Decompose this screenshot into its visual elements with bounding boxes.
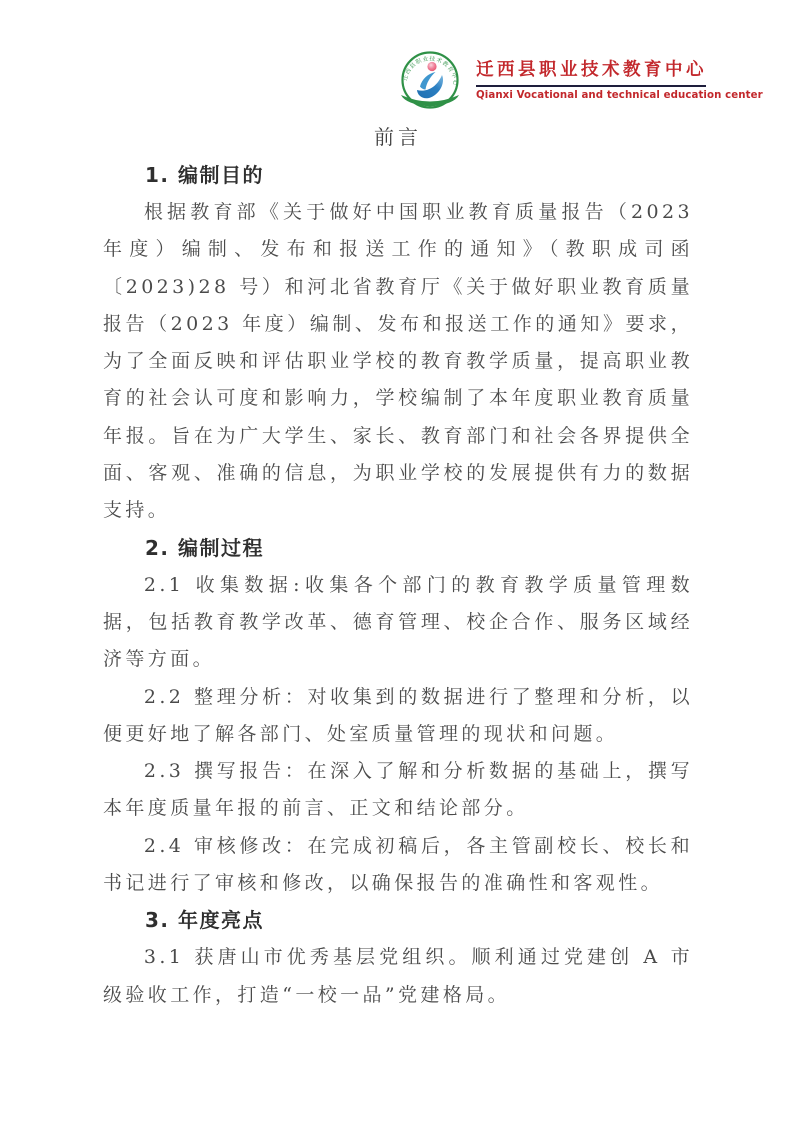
paragraph: 3.1 获唐山市优秀基层党组织。顺利通过党建创 A 市级验收工作，打造“一校一品… — [103, 939, 693, 1014]
document-page: 迁西县职业技术教育中心 迁西县职业技术教育中心 Qianxi Vocationa… — [0, 0, 794, 1123]
paragraph: 2.3 撰写报告：在深入了解和分析数据的基础上，撰写本年度质量年报的前言、正文和… — [103, 753, 693, 828]
school-name-chinese: 迁西县职业技术教育中心 — [476, 59, 706, 82]
paragraph: 2.1 收集数据:收集各个部门的教育教学质量管理数据，包括教育教学改革、德育管理… — [103, 567, 693, 679]
school-brand-block: 迁西县职业技术教育中心 Qianxi Vocational and techni… — [476, 59, 706, 101]
section-process: 2. 编制过程 2.1 收集数据:收集各个部门的教育教学质量管理数据，包括教育教… — [103, 530, 693, 903]
section-purpose: 1. 编制目的 根据教育部《关于做好中国职业教育质量报告（2023 年度）编制、… — [103, 157, 693, 530]
paragraph: 2.2 整理分析：对收集到的数据进行了整理和分析，以便更好地了解各部门、处室质量… — [103, 679, 693, 754]
document-body: 前言 1. 编制目的 根据教育部《关于做好中国职业教育质量报告（2023 年度）… — [103, 119, 693, 1014]
section-highlights: 3. 年度亮点 3.1 获唐山市优秀基层党组织。顺利通过党建创 A 市级验收工作… — [103, 902, 693, 1014]
header-divider — [476, 85, 706, 87]
paragraph: 2.4 审核修改：在完成初稿后，各主管副校长、校长和书记进行了审核和修改，以确保… — [103, 828, 693, 903]
school-header: 迁西县职业技术教育中心 迁西县职业技术教育中心 Qianxi Vocationa… — [396, 50, 706, 114]
section-heading-purpose: 1. 编制目的 — [103, 157, 693, 194]
school-logo-icon: 迁西县职业技术教育中心 — [396, 50, 468, 114]
section-heading-highlights: 3. 年度亮点 — [103, 902, 693, 939]
section-heading-process: 2. 编制过程 — [103, 530, 693, 567]
logo-sun-icon — [427, 62, 436, 71]
school-name-english: Qianxi Vocational and technical educatio… — [476, 90, 706, 101]
paragraph: 根据教育部《关于做好中国职业教育质量报告（2023 年度）编制、发布和报送工作的… — [103, 194, 693, 530]
page-title: 前言 — [103, 119, 693, 156]
